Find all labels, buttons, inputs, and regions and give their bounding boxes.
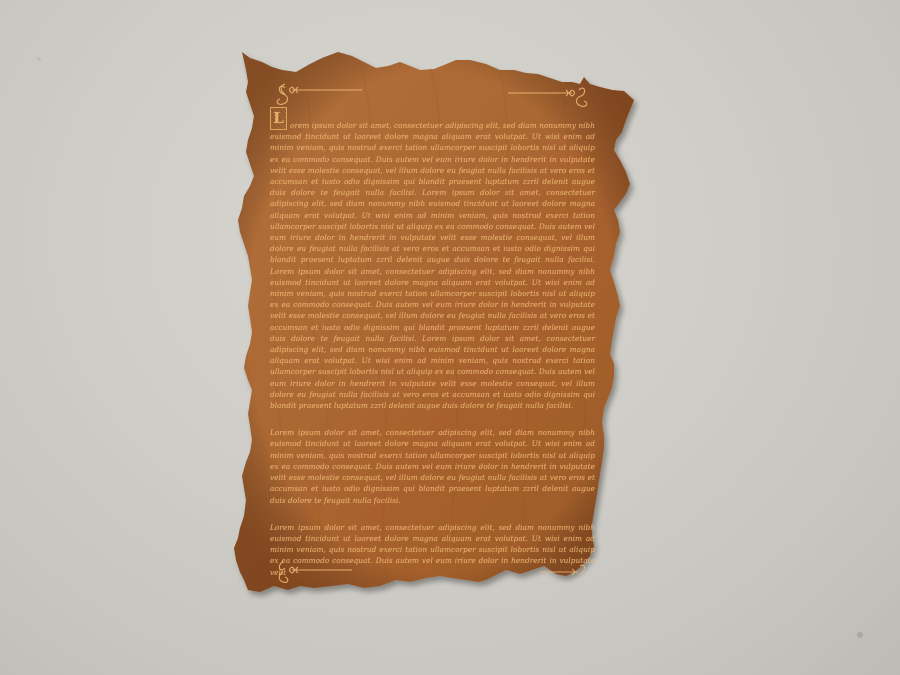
engraved-paragraph: Lorem ipsum dolor sit amet, consectetuer… <box>270 427 595 505</box>
illuminated-drop-cap: L <box>270 107 287 130</box>
wooden-plaque: Lorem ipsum dolor sit amet, consectetuer… <box>0 0 900 675</box>
engraved-paragraph: Lorem ipsum dolor sit amet, consectetuer… <box>270 522 595 578</box>
engraved-paragraph: Lorem ipsum dolor sit amet, consectetuer… <box>270 120 595 411</box>
engraved-text-block: Lorem ipsum dolor sit amet, consectetuer… <box>270 120 595 594</box>
